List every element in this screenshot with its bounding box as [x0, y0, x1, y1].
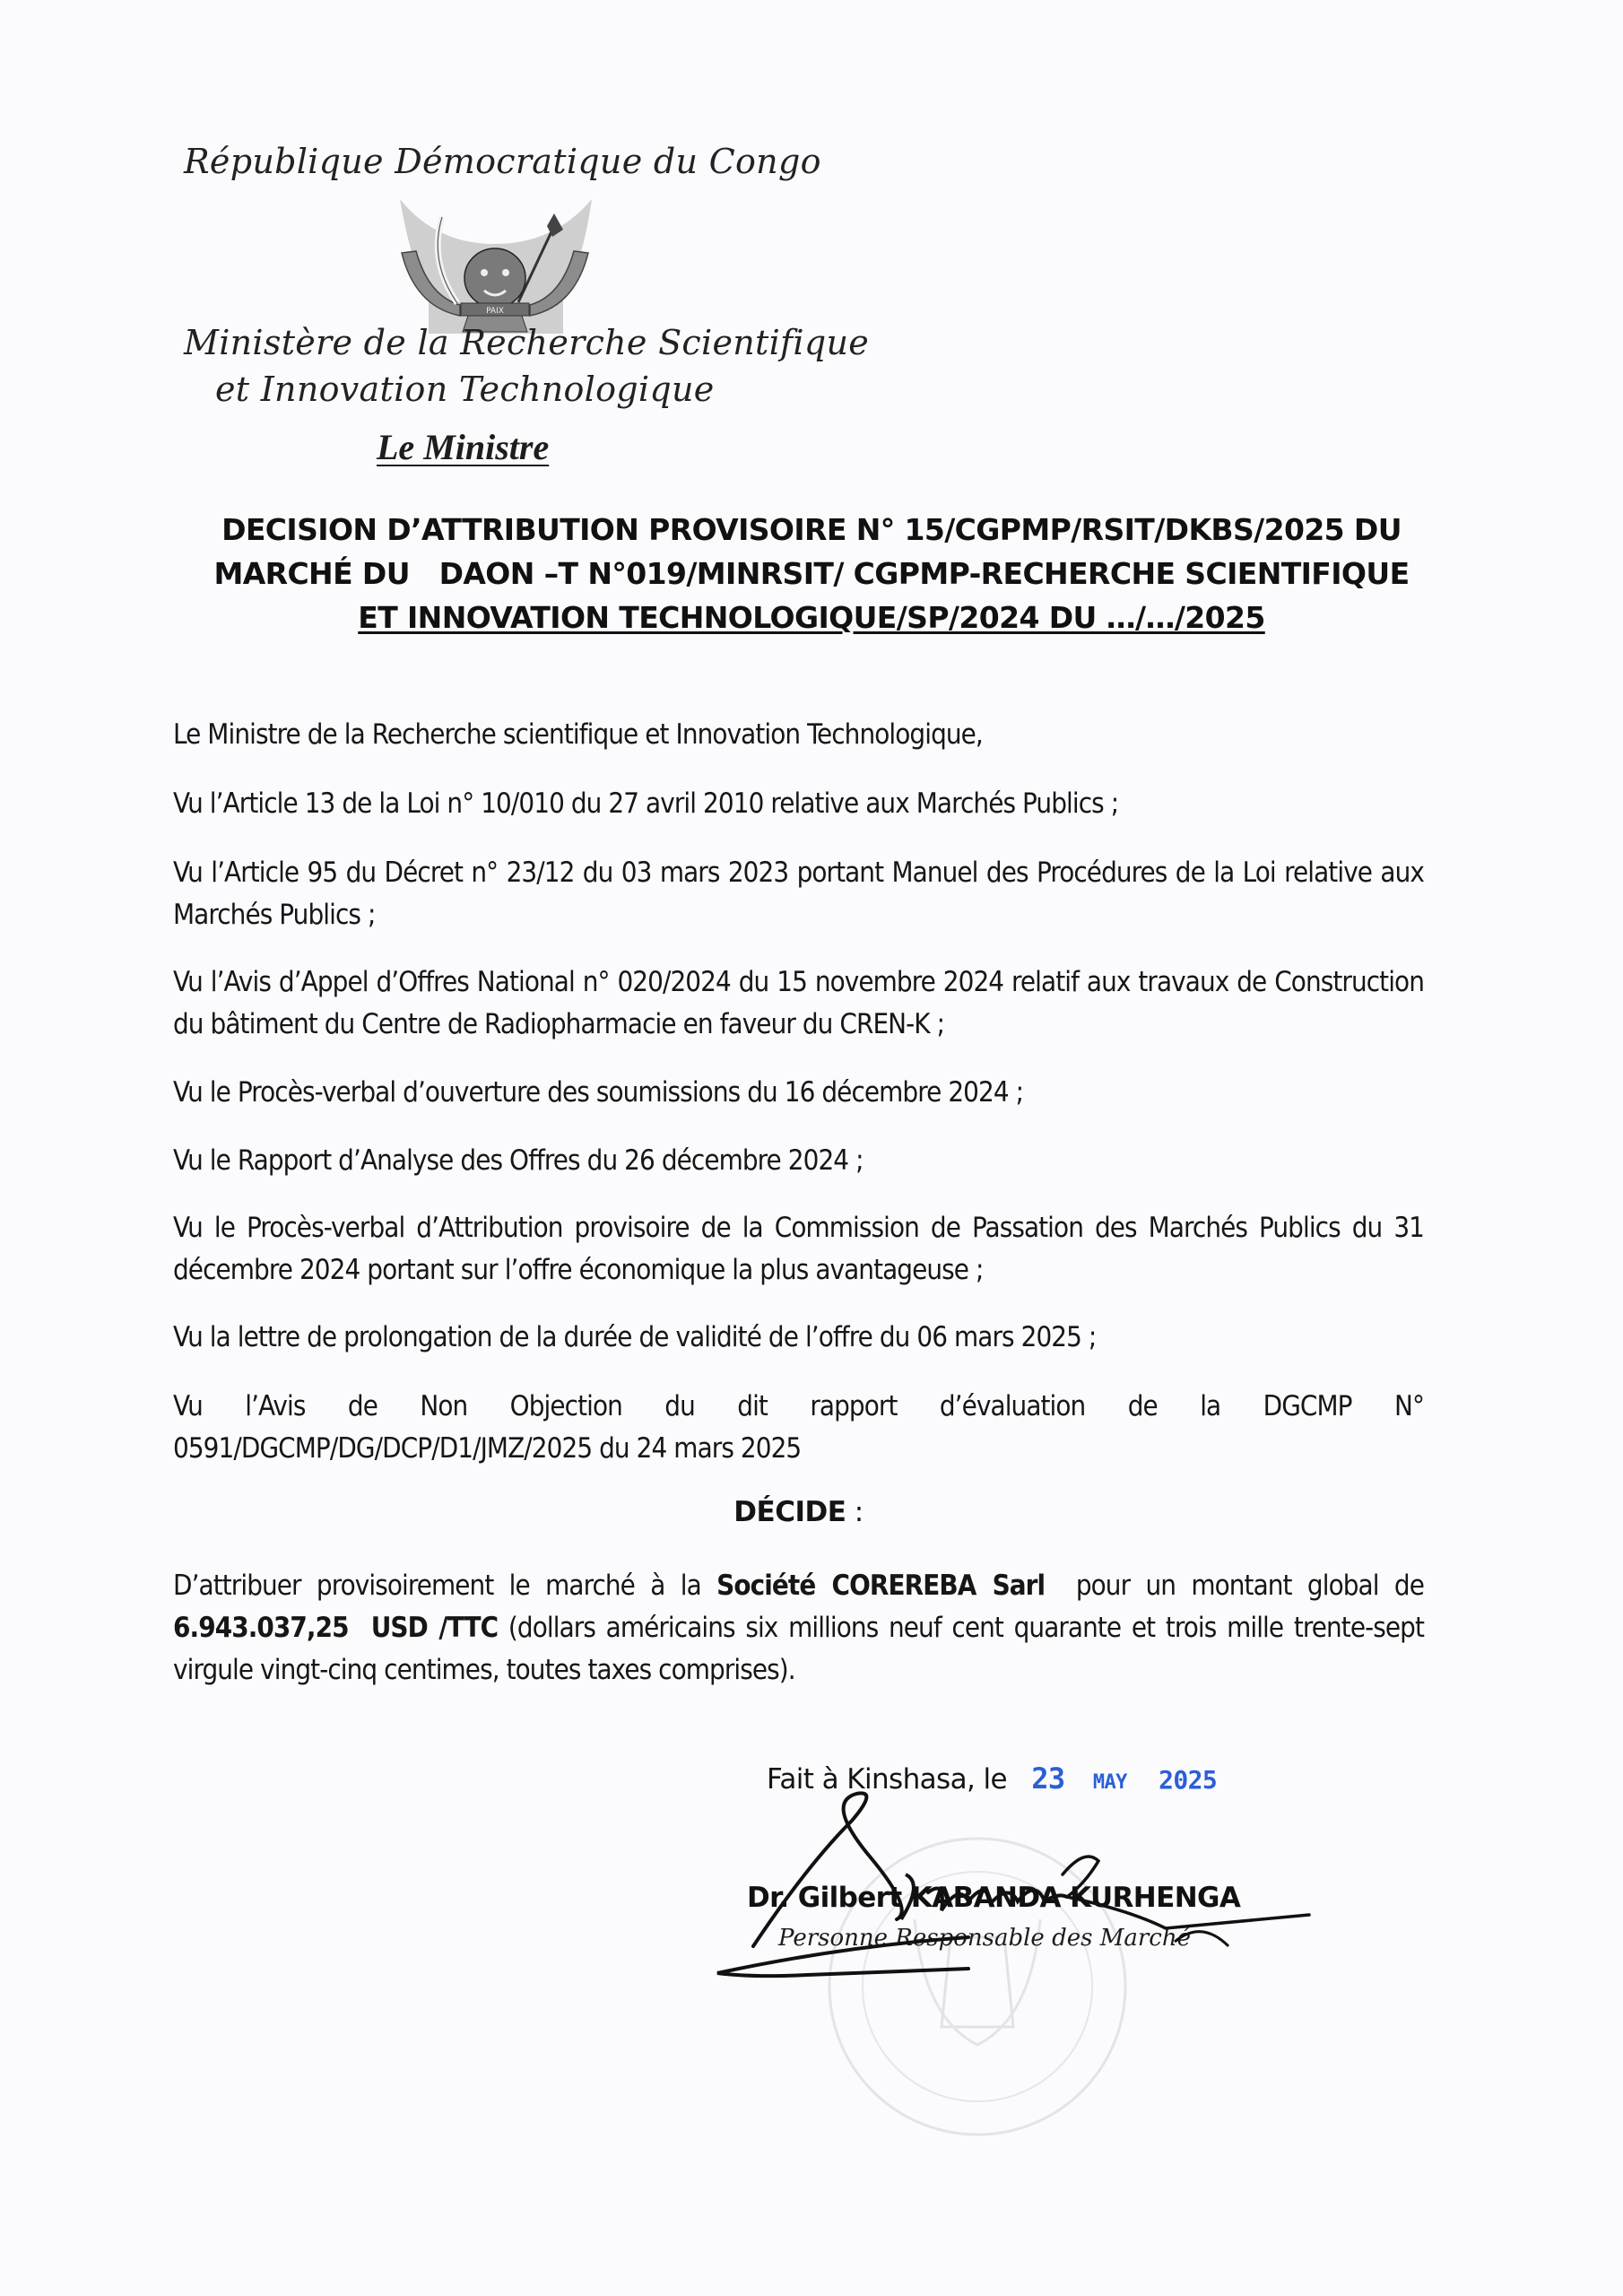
consideration-1: Vu l’Article 13 de la Loi n° 10/010 du 2…	[173, 783, 1424, 825]
consideration-8: Vu l’Avis de Non Objection du dit rappor…	[173, 1386, 1424, 1470]
decide-label: DÉCIDE	[733, 1496, 846, 1528]
consideration-3: Vu l’Avis d’Appel d’Offres National n° 0…	[173, 961, 1424, 1046]
consideration-5: Vu le Rapport d’Analyse des Offres du 26…	[173, 1140, 1424, 1182]
award-amount: 6.943.037,25 USD /TTC	[173, 1612, 498, 1644]
award-middle: pour un montant global de	[1045, 1570, 1438, 1602]
decide-colon: :	[846, 1496, 863, 1528]
decide-heading: DÉCIDE :	[173, 1496, 1424, 1528]
consideration-2: Vu l’Article 95 du Décret n° 23/12 du 03…	[173, 852, 1424, 936]
award-prefix: D’attribuer provisoirement le marché à l…	[173, 1570, 716, 1602]
ministry-name-line2: et Innovation Technologique	[215, 370, 715, 409]
decision-title: DECISION D’ATTRIBUTION PROVISOIRE N° 15/…	[179, 508, 1444, 639]
office-title: Le Ministre	[377, 426, 549, 468]
svg-text:PAIX: PAIX	[486, 307, 504, 316]
award-paragraph: D’attribuer provisoirement le marché à l…	[173, 1565, 1424, 1692]
consideration-6: Vu le Procès-verbal d’Attribution provis…	[173, 1207, 1424, 1291]
handwritten-signature-icon	[699, 1785, 1327, 1964]
title-line-1: DECISION D’ATTRIBUTION PROVISOIRE N° 15/…	[179, 508, 1444, 552]
coat-of-arms-icon: PAIX	[375, 190, 615, 334]
intro-paragraph: Le Ministre de la Recherche scientifique…	[173, 714, 1424, 756]
title-line-2: MARCHÉ DU DAON –T N°019/MINRSIT/ CGPMP-R…	[179, 552, 1444, 596]
consideration-7: Vu la lettre de prolongation de la durée…	[173, 1317, 1424, 1359]
awardee-company: Société COREREBA Sarl	[716, 1570, 1045, 1602]
country-name: République Démocratique du Congo	[184, 142, 821, 181]
ministry-name-line1: Ministère de la Recherche Scientifique	[184, 323, 869, 362]
consideration-4: Vu le Procès-verbal d’ouverture des soum…	[173, 1072, 1424, 1114]
title-line-3: ET INNOVATION TECHNOLOGIQUE/SP/2024 DU ……	[179, 596, 1444, 639]
